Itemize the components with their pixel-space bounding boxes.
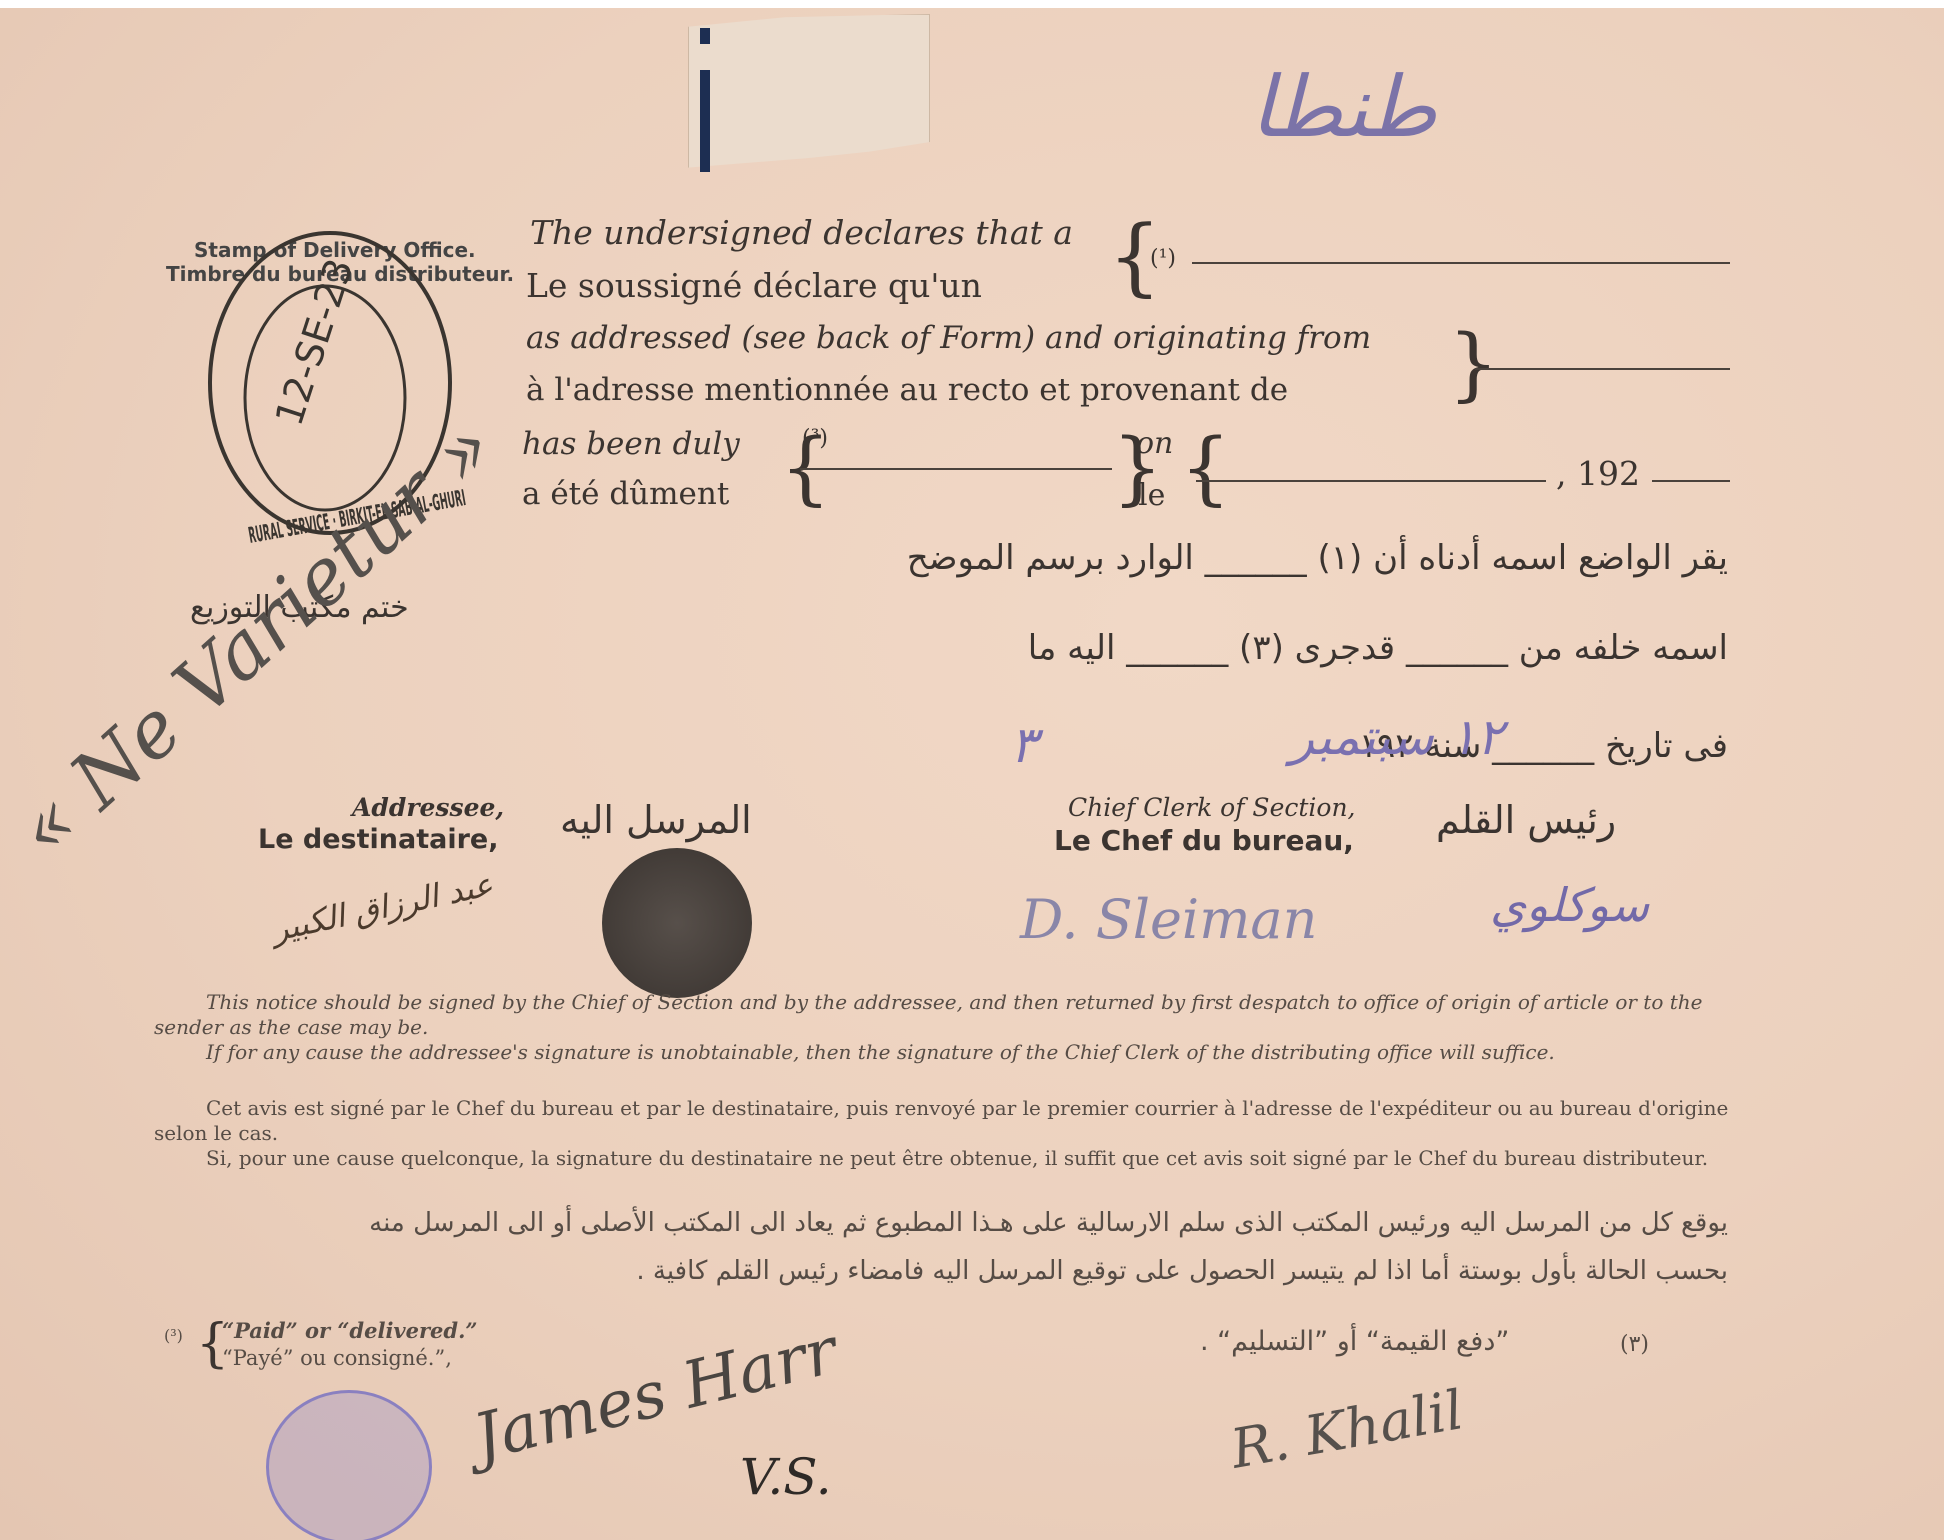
footnote-marker-right: (٣) [1620, 1332, 1649, 1357]
declaration-line3-en: has been duly [522, 426, 740, 462]
postmark-date: 12-SE-23 [267, 253, 362, 430]
chief-signature-ar: سوكلوي [1490, 878, 1649, 932]
addressee-label-en: Addressee, [352, 793, 504, 822]
footnote-en: “Paid” or “delivered.” [222, 1318, 478, 1343]
field-origin[interactable] [1475, 368, 1730, 370]
declaration-line2-en: as addressed (see back of Form) and orig… [526, 320, 1371, 356]
arabic-declaration-line2: اسمه خلفه من ______ قدجرى (٣) ______ الي… [1028, 628, 1728, 668]
chief-label-en: Chief Clerk of Section, [1068, 793, 1356, 822]
footnote-fr: “Payé” ou consigné.”, [222, 1346, 452, 1370]
instruction-ar-1: يوقع كل من المرسل اليه ورئيس المكتب الذى… [369, 1208, 1728, 1238]
declaration-line1-en: The undersigned declares that a [530, 213, 1073, 252]
field-date[interactable] [1196, 480, 1546, 482]
declaration-line1-fr: Le soussigné déclare qu'un [526, 266, 982, 305]
instruction-ar-2: بحسب الحالة بأول بوستة أما اذا لم يتيسر … [636, 1256, 1728, 1286]
instruction-fr-2: Si, pour une cause quelconque, la signat… [154, 1146, 1732, 1171]
field-year[interactable] [1652, 480, 1730, 482]
arabic-declaration-line1: يقر الواضع اسمه أدناه أن (١) ______ الوا… [907, 538, 1728, 578]
footnote-marker-left: (³) [164, 1326, 183, 1345]
form-sheet: طنطا Stamp of Delivery Office. Timbre du… [0, 8, 1944, 1540]
tab-stripe [700, 70, 710, 172]
field-status[interactable] [800, 468, 1112, 470]
bottom-signature-3: R. Khalil [1226, 1378, 1468, 1481]
year-prefix: , 192 [1556, 454, 1640, 493]
handwritten-date: ١٢ سبتمبر [1290, 708, 1503, 766]
footnote-ar: ”دفع القيمة“ أو ”التسليم“ . [1200, 1326, 1509, 1357]
instruction-fr-1: Cet avis est signé par le Chef du bureau… [154, 1096, 1732, 1146]
instruction-en-1: This notice should be signed by the Chie… [154, 990, 1732, 1040]
top-pencil-note: طنطا [1250, 58, 1437, 156]
addressee-label-ar: المرسل اليه [560, 798, 752, 842]
violet-seal [266, 1390, 432, 1540]
bottom-signature-2: V.S. [740, 1448, 832, 1506]
on-label-en: on [1136, 426, 1173, 461]
brace-5: { [1180, 428, 1231, 508]
addressee-label-fr: Le destinataire, [258, 824, 499, 855]
paper-tab [688, 14, 930, 174]
declaration-line3-fr: a été dûment [522, 476, 729, 512]
declaration-line2-fr: à l'adresse mentionnée au recto et prove… [526, 372, 1288, 408]
addressee-seal [602, 848, 752, 998]
footnote-marker-3: (³) [802, 426, 828, 451]
on-label-fr: le [1138, 478, 1165, 513]
chief-label-ar: رئيس القلم [1436, 798, 1616, 842]
handwritten-year-digit: ٣ [1010, 716, 1037, 774]
addressee-signature: عبد الرزاق الكبير [269, 865, 497, 949]
footnote-marker-1: (¹) [1150, 246, 1176, 271]
chief-signature: D. Sleiman [1020, 888, 1317, 951]
tab-stripe-top [700, 28, 710, 44]
instruction-en-2: If for any cause the addressee's signatu… [154, 1040, 1732, 1065]
brace-2: } [1448, 324, 1499, 404]
field-article-type[interactable] [1192, 262, 1730, 264]
chief-label-fr: Le Chef du bureau, [1054, 824, 1354, 857]
